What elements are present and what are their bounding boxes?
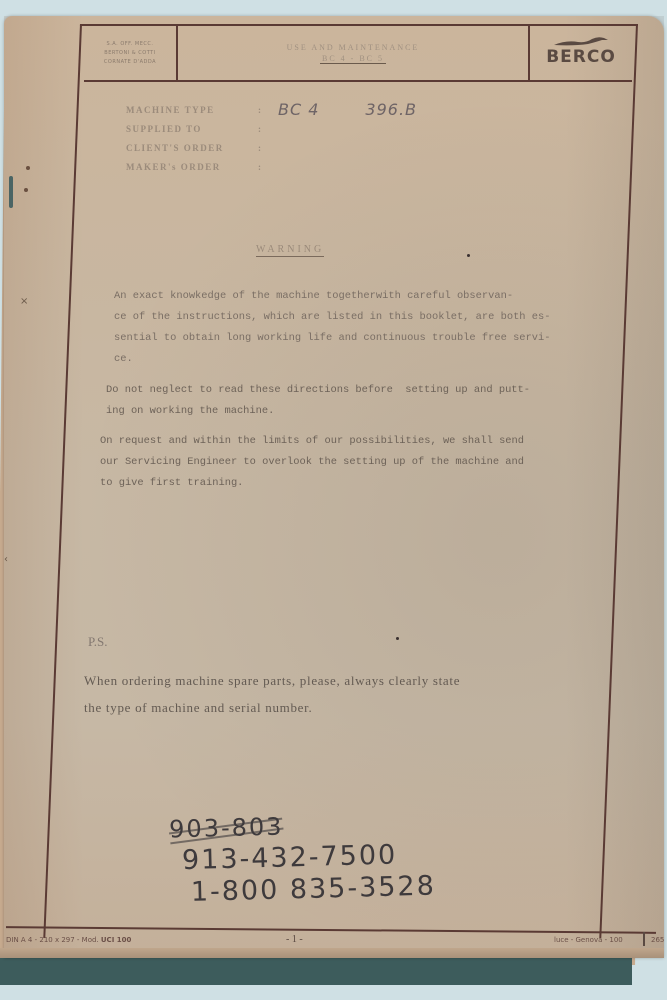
document-subtitle: BC 4 - BC 5 [320, 54, 386, 64]
phone-number-2: 1-800 835-3528 [190, 871, 436, 909]
warning-paragraph-2: Do not neglect to read these directions … [106, 380, 530, 422]
page-number: - 1 - [286, 934, 303, 945]
spine-tab [9, 176, 13, 208]
warning-paragraph-3: On request and within the limits of our … [100, 431, 524, 494]
brand-logo: BERCO [530, 26, 632, 80]
supplied-to-row: SUPPLIED TO : [126, 119, 417, 138]
printer-code: 265 [651, 936, 664, 944]
form-spec: DIN A 4 - 210 x 297 - Mod. UCI 100 [6, 936, 131, 944]
document-title: USE AND MAINTENANCE [287, 43, 420, 52]
makers-order-row: MAKER's ORDER : [126, 157, 417, 176]
document-footer: DIN A 4 - 210 x 297 - Mod. UCI 100 - 1 -… [6, 934, 666, 948]
warning-paragraph-1: An exact knowkedge of the machine togeth… [114, 286, 550, 370]
machine-type-row: MACHINE TYPE : BC 4396.B [126, 100, 417, 119]
clients-order-row: CLIENT'S ORDER : [126, 138, 417, 157]
publisher-block: S.A. OFF. MECC. BERTONI & COTTI CORNATE … [84, 26, 178, 80]
postscript-label: P.S. [88, 631, 108, 652]
machine-type-value: BC 4396.B [278, 100, 417, 119]
printer-info: luce - Genova - 100 [554, 936, 623, 944]
document-header: S.A. OFF. MECC. BERTONI & COTTI CORNATE … [84, 26, 632, 82]
machine-info: MACHINE TYPE : BC 4396.B SUPPLIED TO : C… [126, 100, 417, 176]
postscript-text: When ordering machine spare parts, pleas… [84, 667, 460, 721]
brand-name: BERCO [546, 47, 616, 67]
leaping-animal-icon [552, 36, 610, 46]
handwritten-notes: 903-803 913-432-7500 1-800 835-3528 [169, 807, 436, 910]
binder-cloth [0, 955, 632, 985]
document-title-block: USE AND MAINTENANCE BC 4 - BC 5 [178, 26, 530, 80]
crossed-out-number: 903-803 [169, 810, 284, 845]
warning-heading: WARNING [256, 244, 324, 257]
page-stack-edge [0, 948, 664, 958]
